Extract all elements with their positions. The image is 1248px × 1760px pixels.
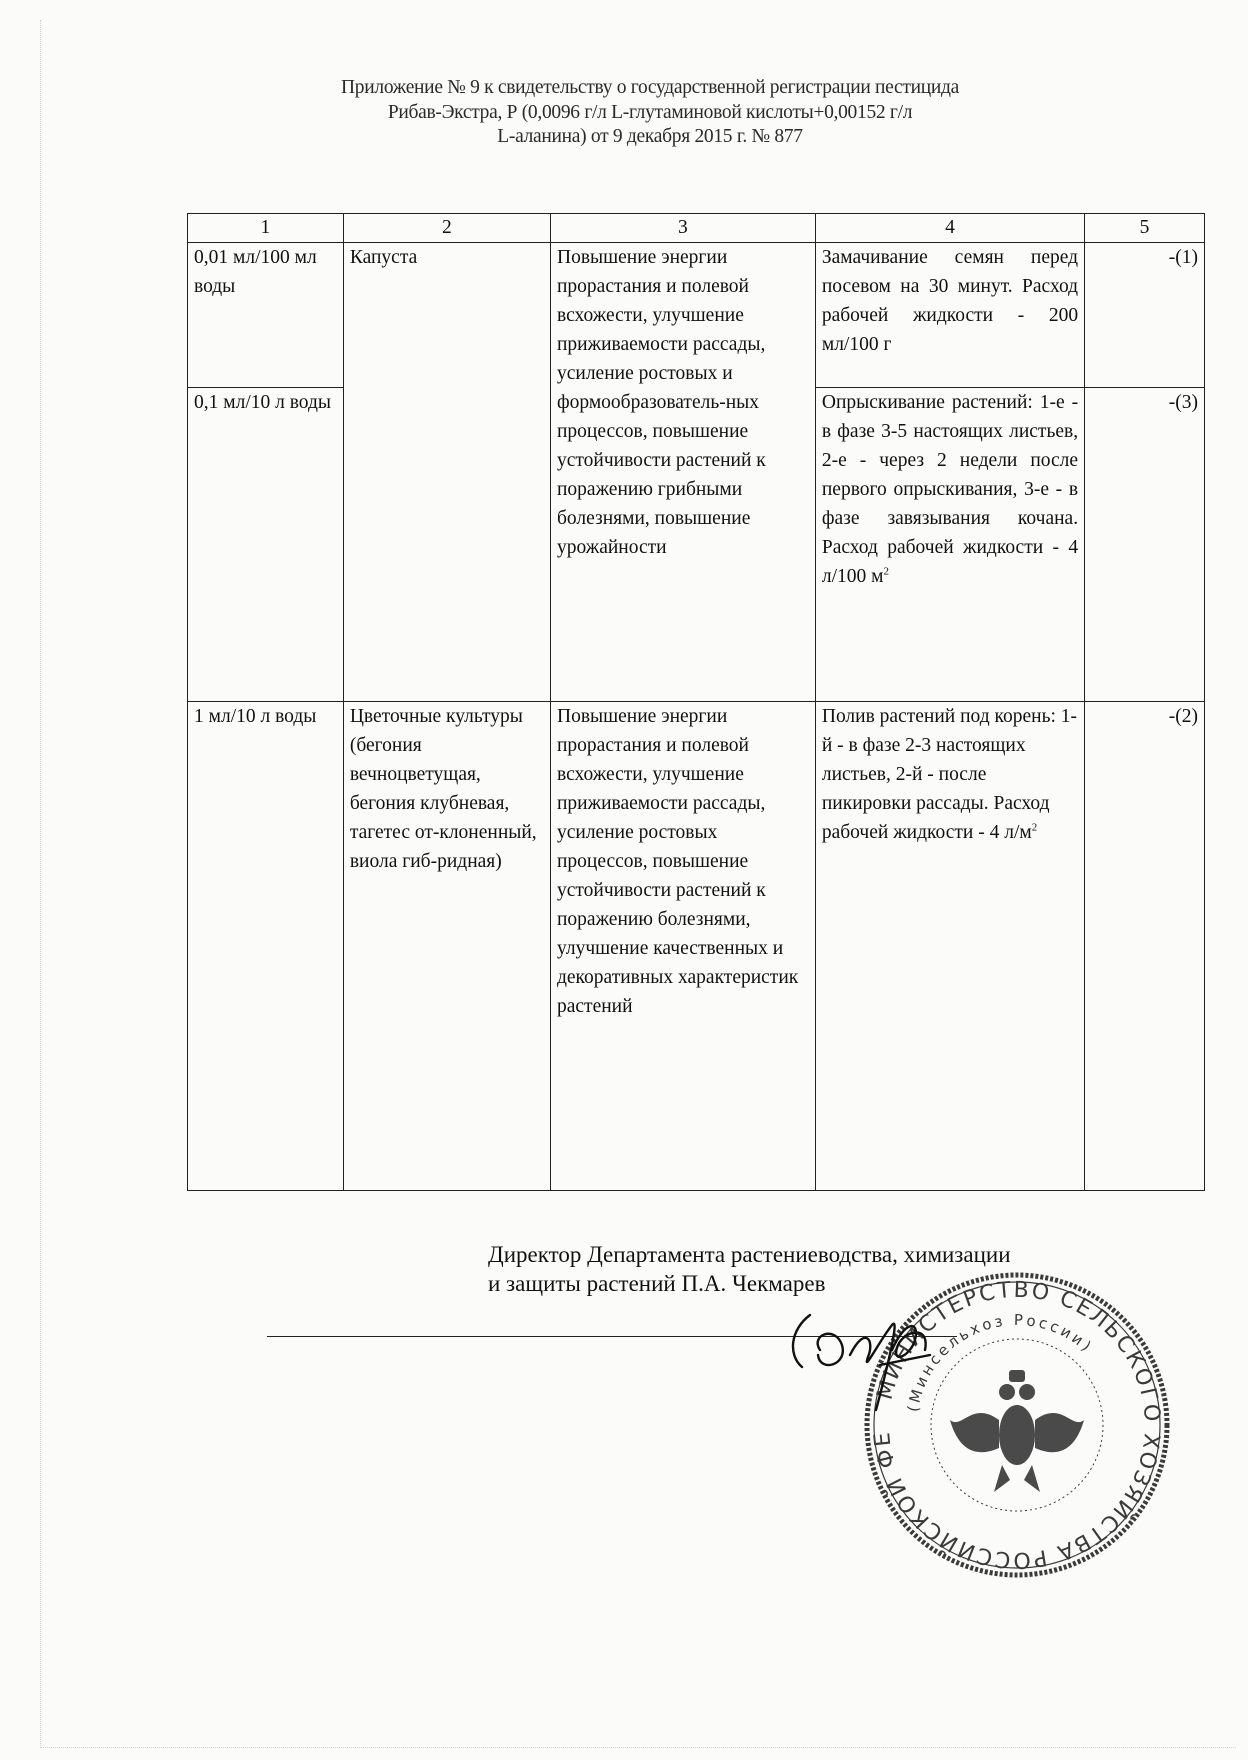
handwritten-signature-icon [780, 1295, 980, 1425]
regulations-table: 1 2 3 4 5 0,01 мл/100 мл воды Капуста По… [187, 213, 1205, 1191]
method-cell: Опрыскивание растений: 1-е - в фазе 3-5 … [815, 388, 1084, 702]
method-text: Полив растений под корень: 1-й - в фазе … [822, 706, 1077, 843]
dose-cell: 0,1 мл/10 л воды [188, 388, 344, 702]
header-line-1: Приложение № 9 к свидетельству о государ… [200, 76, 1100, 101]
method-cell: Замачивание семян перед посевом на 30 ми… [815, 243, 1084, 388]
treatments-cell: -(1) [1085, 243, 1205, 388]
treatments-cell: -(2) [1085, 702, 1205, 1191]
document-header: Приложение № 9 к свидетельству о государ… [200, 76, 1100, 150]
superscript: 2 [883, 566, 889, 578]
table-row: 0,01 мл/100 мл воды Капуста Повышение эн… [188, 243, 1205, 388]
purpose-cell: Повышение энергии прорастания и полевой … [550, 702, 815, 1191]
purpose-cell: Повышение энергии прорастания и полевой … [550, 243, 815, 702]
column-header-5: 5 [1085, 214, 1205, 243]
method-text: Опрыскивание растений: 1-е - в фазе 3-5 … [822, 392, 1078, 587]
superscript: 2 [1032, 822, 1038, 834]
column-header-4: 4 [815, 214, 1084, 243]
crop-cell: Цветочные культуры (бегония вечноцветуща… [343, 702, 550, 1191]
column-header-3: 3 [550, 214, 815, 243]
method-cell: Полив растений под корень: 1-й - в фазе … [815, 702, 1084, 1191]
header-line-2: Рибав-Экстра, Р (0,0096 г/л L-глутаминов… [200, 101, 1100, 126]
column-header-2: 2 [343, 214, 550, 243]
table-row: 1 мл/10 л воды Цветочные культуры (бегон… [188, 702, 1205, 1191]
table-header-row: 1 2 3 4 5 [188, 214, 1205, 243]
dose-cell: 0,01 мл/100 мл воды [188, 243, 344, 388]
treatments-cell: -(3) [1085, 388, 1205, 702]
column-header-1: 1 [188, 214, 344, 243]
dose-cell: 1 мл/10 л воды [188, 702, 344, 1191]
crop-cell: Капуста [343, 243, 550, 702]
header-line-3: L-аланина) от 9 декабря 2015 г. № 877 [200, 125, 1100, 150]
signatory-title: Директор Департамента растениеводства, х… [488, 1240, 1011, 1269]
